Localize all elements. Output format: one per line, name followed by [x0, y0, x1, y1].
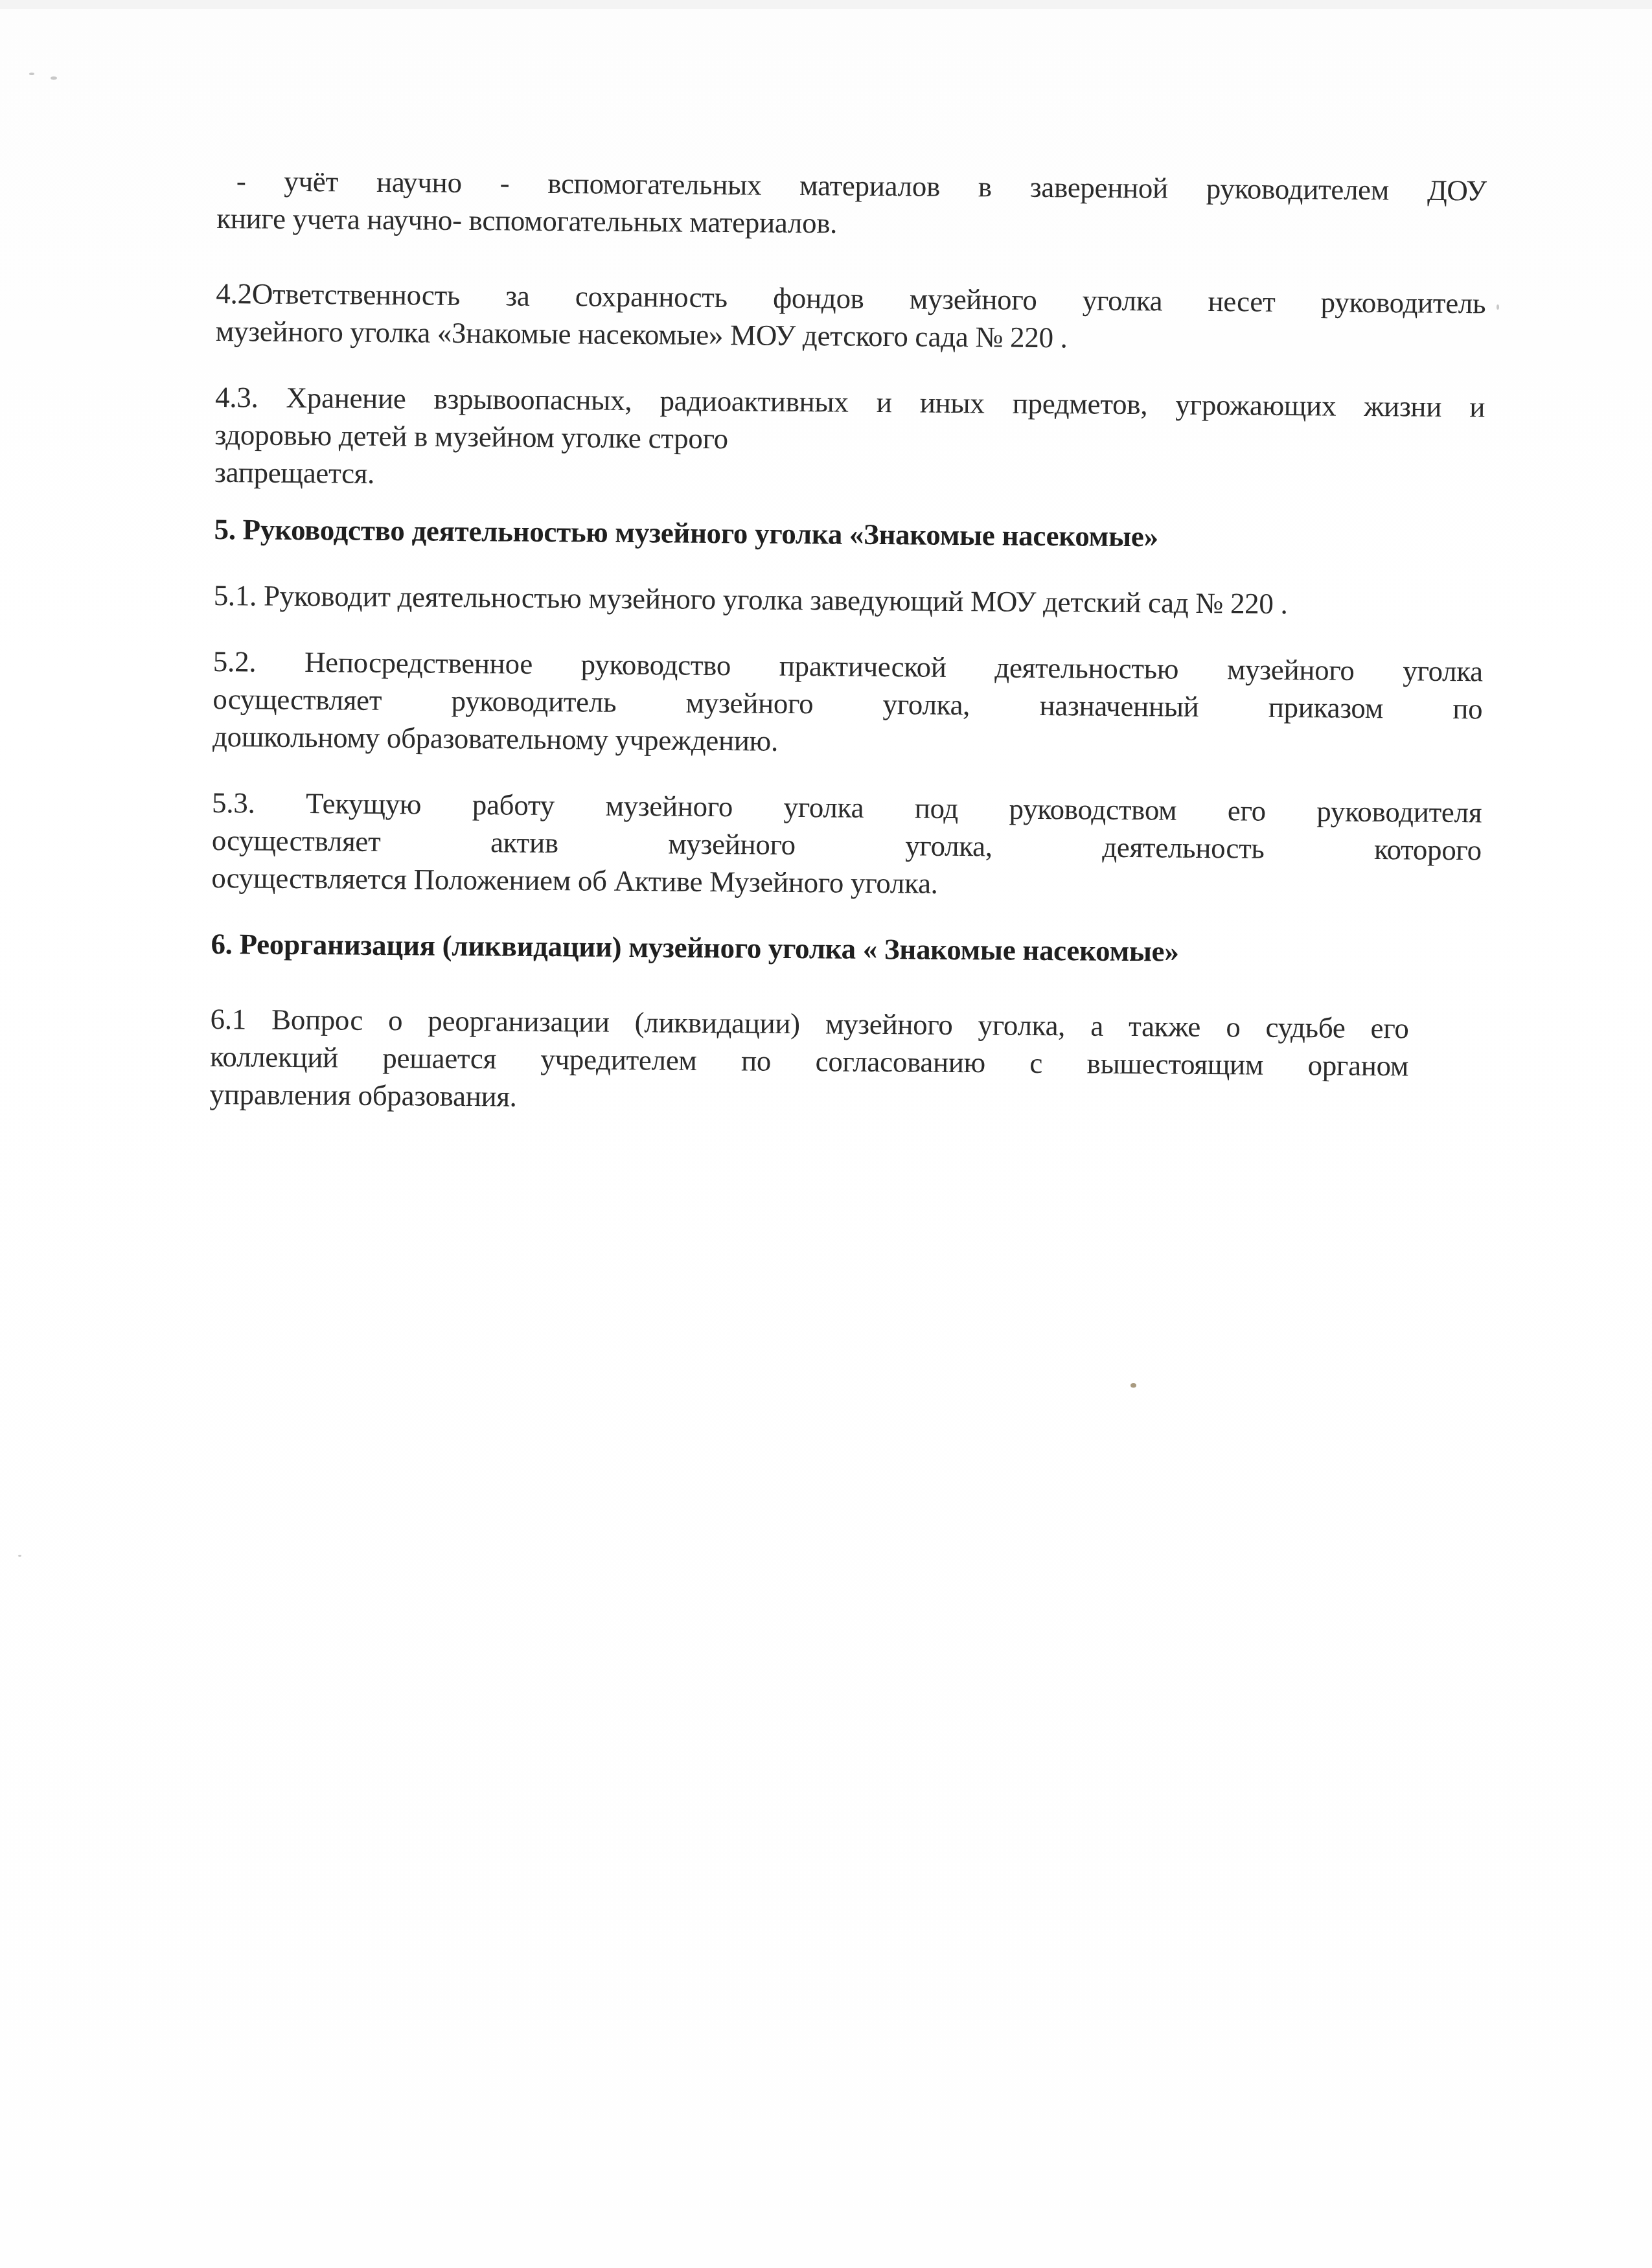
scanned-page: - учёт научно - вспомогательных материал… — [0, 0, 1652, 2268]
scan-speck — [1497, 304, 1499, 310]
paragraph-4-2: 4.2Ответственность за сохранность фондов… — [216, 275, 1486, 360]
paragraph-6-1: 6.1 Вопрос о реорганизации (ликвидации) … — [209, 1000, 1408, 1123]
scan-speck — [18, 1555, 21, 1557]
paragraph-4-3: 4.3. Хранение взрывоопасных, радиоактивн… — [214, 378, 1485, 501]
scan-speck — [1130, 1383, 1136, 1388]
scan-edge — [0, 0, 1652, 9]
document-body: - учёт научно - вспомогательных материал… — [209, 162, 1486, 1123]
paragraph-5-2: 5.2. Непосредственное руководство практи… — [212, 643, 1483, 765]
scan-speck — [51, 76, 57, 80]
paragraph-4-1-continuation: - учёт научно - вспомогательных материал… — [216, 162, 1487, 247]
paragraph-5-3: 5.3. Текущую работу музейного уголка под… — [211, 784, 1482, 906]
scan-speck — [29, 73, 34, 75]
